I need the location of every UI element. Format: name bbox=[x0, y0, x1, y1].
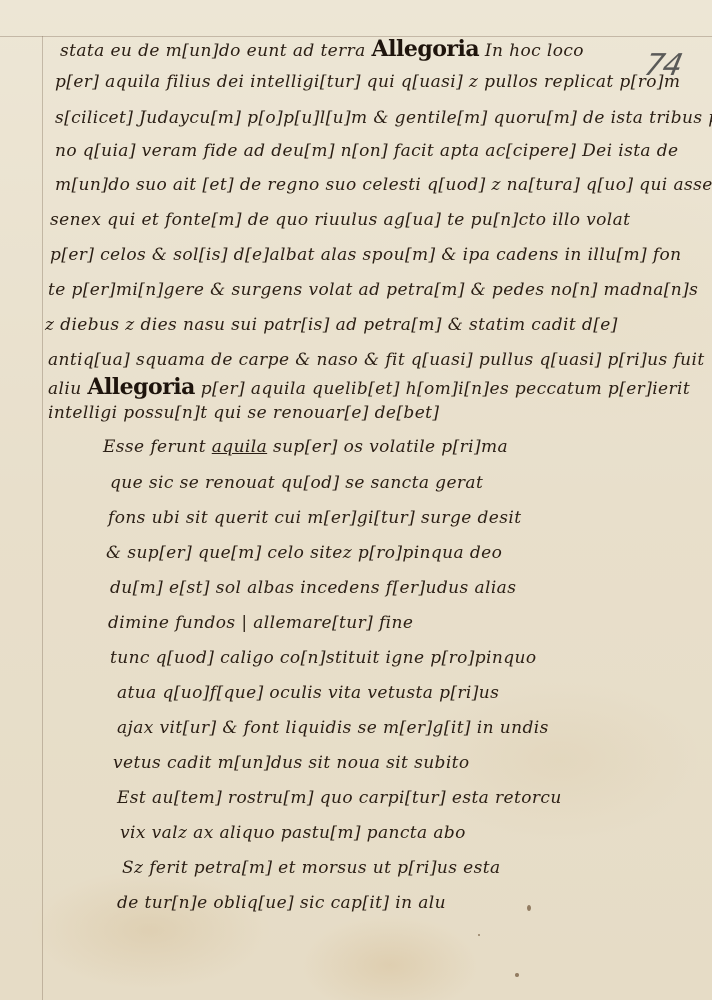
verse-line: vix valz ax aliquo pastu[m] pancta abo bbox=[120, 823, 466, 843]
verse-line: & sup[er] que[m] celo sitez p[ro]pinqua … bbox=[106, 543, 502, 563]
prose-line: senex qui et fonte[m] de quo riuulus ag[… bbox=[50, 210, 630, 230]
prose-line: no q[uia] veram fide ad deu[m] n[on] fac… bbox=[55, 141, 679, 161]
prose-line: m[un]do suo ait [et] de regno suo celest… bbox=[55, 175, 712, 195]
verse-line: du[m] e[st] sol albas incedens f[er]udus… bbox=[110, 578, 516, 598]
verse-line: que sic se renouat qu[od] se sancta gera… bbox=[110, 473, 483, 493]
ink-speck bbox=[478, 934, 480, 936]
ink-speck bbox=[527, 905, 531, 911]
verse-line: Esse ferunt aquila sup[er] os volatile p… bbox=[103, 437, 508, 457]
verse-line: vetus cadit m[un]dus sit noua sit subito bbox=[113, 753, 470, 773]
prose-line: antiq[ua] squama de carpe & naso & fit q… bbox=[48, 350, 705, 370]
ink-speck bbox=[515, 973, 519, 977]
verse-line: dimine fundos | allemare[tur] fine bbox=[108, 613, 413, 633]
rubric-allegoria: Allegoria bbox=[372, 36, 480, 62]
underlined-word: aquila bbox=[212, 437, 267, 457]
verse-line: ajax vit[ur] & font liquidis se m[er]g[i… bbox=[117, 718, 549, 738]
prose-line: s[cilicet] Judaycu[m] p[o]p[u]l[u]m & ge… bbox=[55, 108, 712, 128]
prose-line: p[er] celos & sol[is] d[e]albat alas spo… bbox=[50, 245, 682, 265]
prose-line: te p[er]mi[n]gere & surgens volat ad pet… bbox=[48, 280, 698, 300]
verse-line: fons ubi sit querit cui m[er]gi[tur] sur… bbox=[108, 508, 521, 528]
verse-line: Sz ferit petra[m] et morsus ut p[ri]us e… bbox=[122, 858, 500, 878]
verse-line: atua q[uo]f[que] oculis vita vetusta p[r… bbox=[117, 683, 499, 703]
verse-line: tunc q[uod] caligo co[n]stituit igne p[r… bbox=[110, 648, 537, 668]
verse-line: de tur[n]e obliq[ue] sic cap[it] in alu bbox=[117, 893, 446, 913]
prose-line: aliu Allegoria p[er] aquila quelib[et] h… bbox=[48, 374, 690, 400]
verse-line: Est au[tem] rostru[m] quo carpi[tur] est… bbox=[117, 788, 562, 808]
rubric-allegoria: Allegoria bbox=[87, 374, 195, 400]
prose-line: stata eu de m[un]do eunt ad terra Allego… bbox=[60, 36, 584, 62]
prose-line: z diebus z dies nasu sui patr[is] ad pet… bbox=[45, 315, 618, 335]
prose-line: intelligi possu[n]t qui se renouar[e] de… bbox=[48, 403, 439, 423]
manuscript-page: 74 stata eu de m[un]do eunt ad terra All… bbox=[0, 0, 712, 1000]
prose-line: p[er] aquila filius dei intelligi[tur] q… bbox=[55, 72, 680, 92]
left-margin-ruling bbox=[42, 36, 43, 1000]
